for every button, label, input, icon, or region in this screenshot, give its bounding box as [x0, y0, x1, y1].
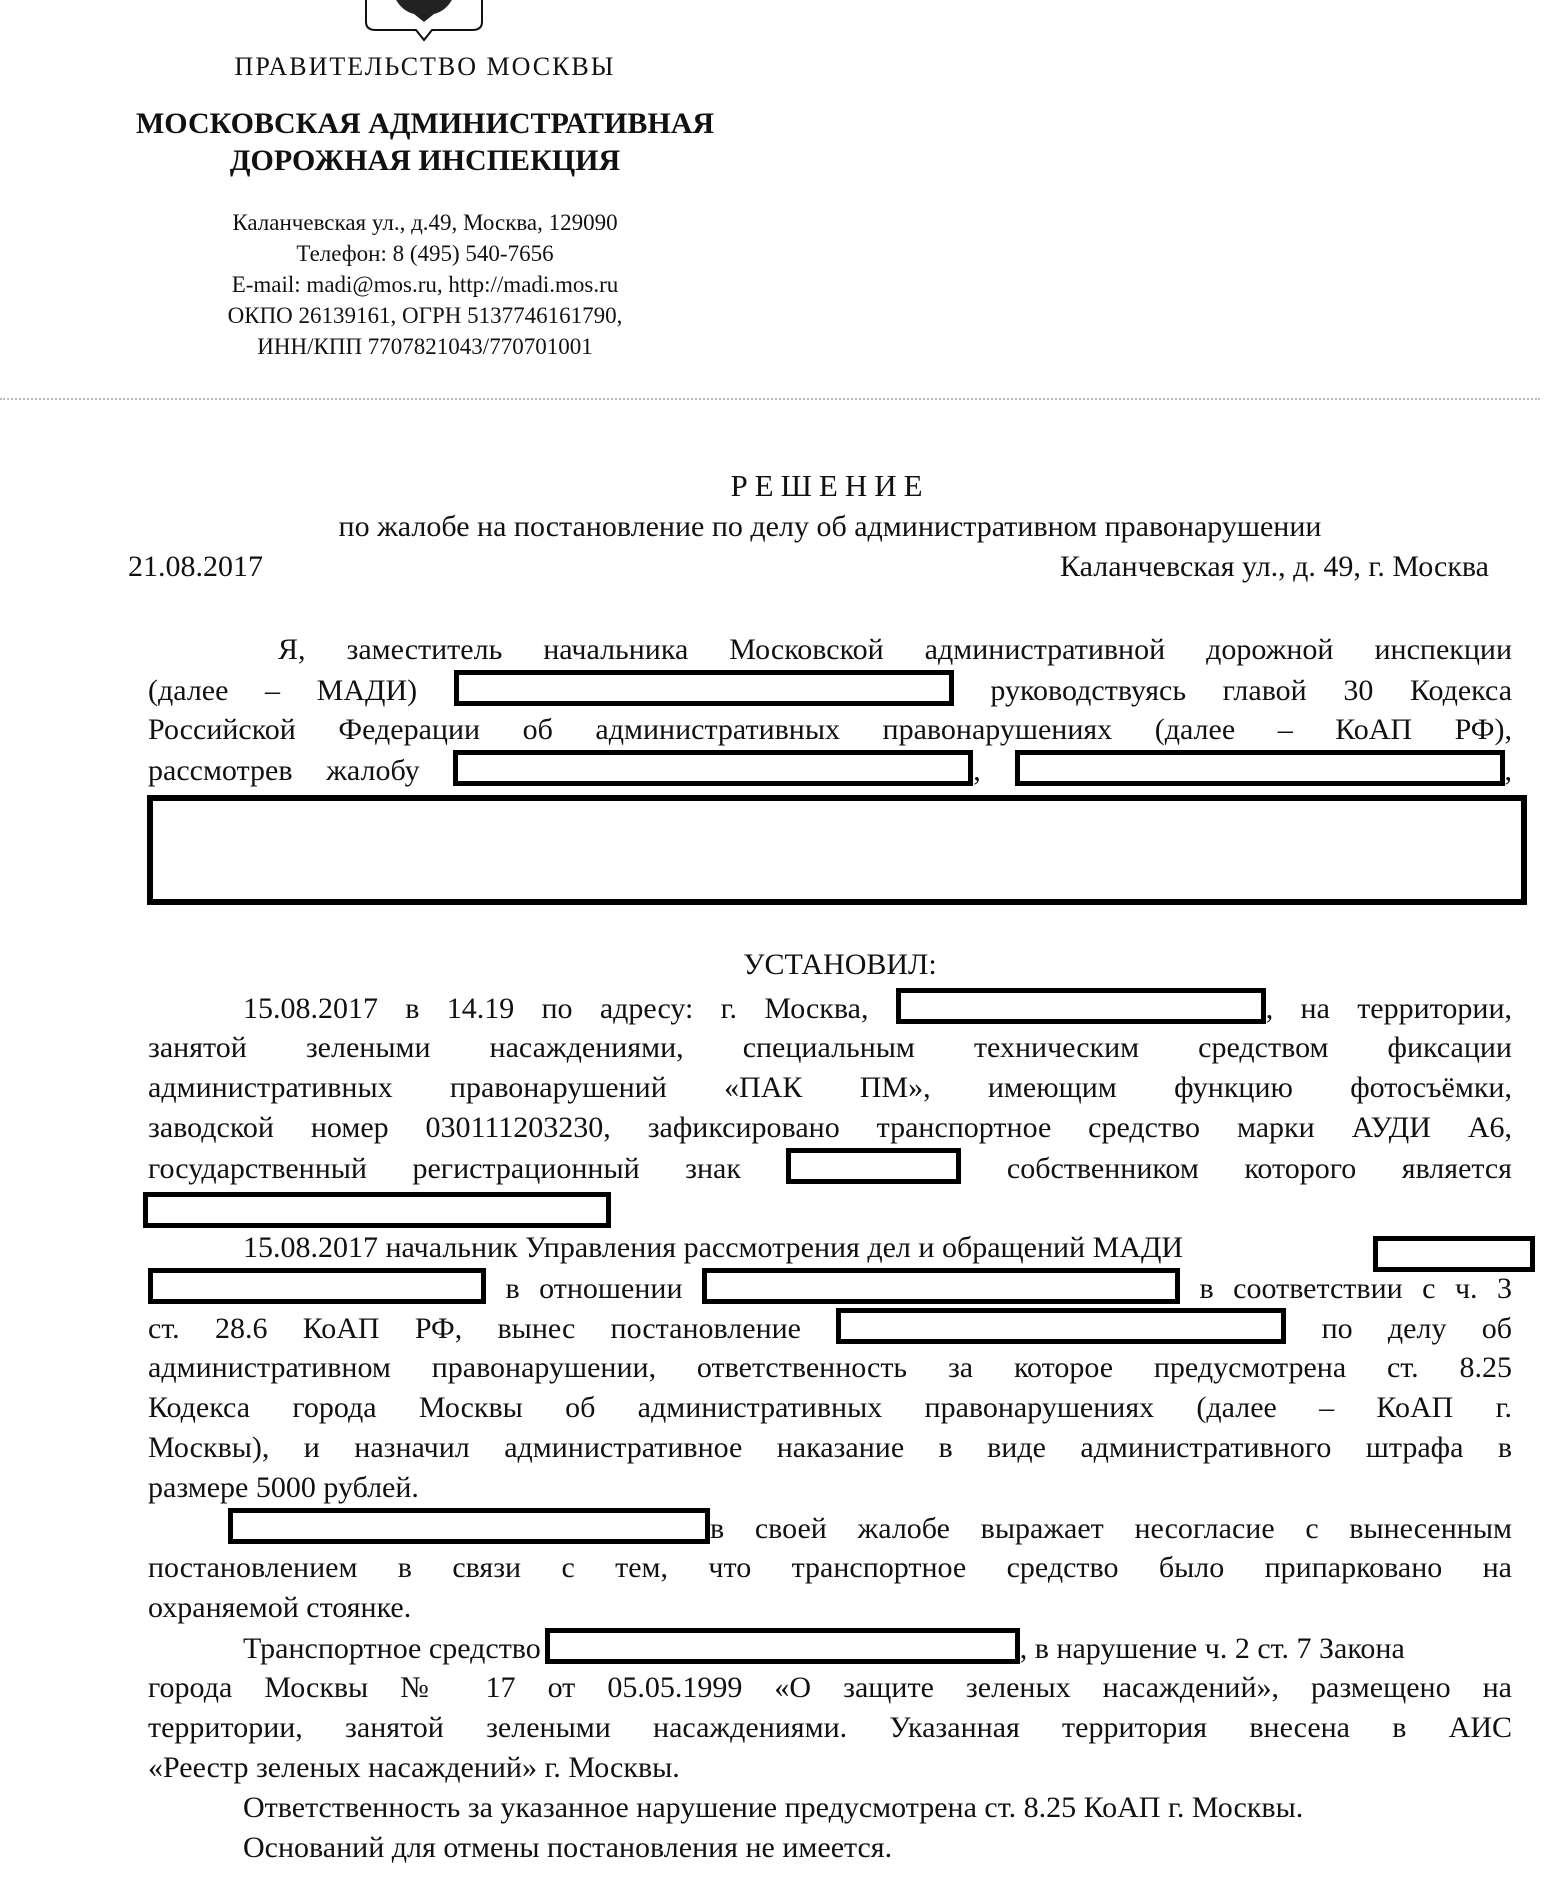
redacted-official-name [148, 1268, 486, 1304]
p2-line-3: ст. 28.6 КоАП РФ, вынес постановление по… [148, 1308, 1512, 1349]
text: ст. 28.6 КоАП РФ, вынес постановление [148, 1312, 801, 1345]
redacted-complainant-name [228, 1508, 710, 1544]
p2-line-4: административном правонарушении, ответст… [148, 1348, 1512, 1388]
redacted-plate [786, 1148, 961, 1184]
p5-line: Ответственность за указанное нарушение п… [148, 1788, 1512, 1828]
text: , на территории, [1266, 992, 1512, 1025]
section-heading-established: УСТАНОВИЛ: [0, 948, 1558, 982]
text: (далее – МАДИ) [148, 674, 417, 707]
p1-line-5: государственный регистрационный знак соб… [148, 1148, 1512, 1189]
redacted-block [147, 795, 1527, 905]
p2-line-5: Кодекса города Москвы об административны… [148, 1388, 1512, 1428]
p4-line-3: территории, занятой зелеными насаждениям… [148, 1708, 1512, 1748]
text: , [973, 754, 981, 787]
document-subtitle: по жалобе на постановление по делу об ад… [0, 510, 1558, 544]
redacted-owner [143, 1192, 611, 1228]
p2-line-1: 15.08.2017 начальник Управления рассмотр… [148, 1228, 1512, 1268]
p4-line-2: города Москвы № 17 от 05.05.1999 «О защи… [148, 1668, 1512, 1708]
redacted-ruling-number [836, 1308, 1286, 1344]
p3-line-1: в своей жалобе выражает несогласие с вын… [148, 1508, 1512, 1549]
p3-line-3: охраняемой стоянке. [148, 1588, 1512, 1628]
org-contacts: Каланчевская ул., д.49, Москва, 129090 Т… [100, 207, 750, 362]
document-title: РЕШЕНИЕ [0, 468, 1558, 504]
p4-line-4: «Реестр зеленых насаждений» г. Москвы. [148, 1748, 1512, 1788]
p6-line: Оснований для отмены постановления не им… [148, 1828, 1512, 1868]
text: , в нарушение ч. 2 ст. 7 Закона [1020, 1632, 1405, 1665]
org-line-1: МОСКОВСКАЯ АДМИНИСТРАТИВНАЯ [80, 105, 770, 142]
p1-line-2: занятой зелеными насаждениями, специальн… [148, 1028, 1512, 1068]
text: рассмотрев жалобу [148, 754, 420, 787]
text: руководствуясь главой 30 Кодекса [990, 674, 1512, 707]
redacted-person [702, 1268, 1180, 1304]
text: Транспортное средство [243, 1632, 541, 1665]
p1-line-1: 15.08.2017 в 14.19 по адресу: г. Москва,… [148, 988, 1512, 1029]
document-date: 21.08.2017 [128, 550, 263, 584]
org-line-2: ДОРОЖНАЯ ИНСПЕКЦИЯ [80, 142, 770, 179]
moscow-coat-of-arms-icon [362, 0, 486, 42]
redacted-complainant [453, 750, 973, 786]
org-address: Каланчевская ул., д.49, Москва, 129090 [100, 207, 750, 238]
redacted-vehicle [545, 1628, 1020, 1664]
p2-line-2: в отношении в соответствии с ч. 3 [148, 1268, 1512, 1309]
p1-line-3: административных правонарушений «ПАК ПМ»… [148, 1068, 1512, 1108]
org-phone: Телефон: 8 (495) 540-7656 [100, 238, 750, 269]
p4-line-1: Транспортное средство, в нарушение ч. 2 … [148, 1628, 1512, 1669]
organization-name: МОСКОВСКАЯ АДМИНИСТРАТИВНАЯ ДОРОЖНАЯ ИНС… [80, 105, 770, 179]
redacted-address [1015, 750, 1505, 786]
org-email: E-mail: madi@mos.ru, http://madi.mos.ru [100, 269, 750, 300]
p2-line-6: Москвы), и назначил административное нак… [148, 1428, 1512, 1468]
document-place: Каланчевская ул., д. 49, г. Москва [1060, 550, 1489, 584]
intro-line-4: рассмотрев жалобу , , [148, 750, 1512, 791]
redacted-name [454, 670, 954, 706]
text: в отношении [506, 1272, 683, 1305]
text: собственником которого является [1007, 1152, 1512, 1185]
header-divider [0, 398, 1540, 400]
p2-line-7: размере 5000 рублей. [148, 1468, 1512, 1508]
text: в своей жалобе выражает несогласие с вын… [710, 1512, 1512, 1545]
redacted-official [1373, 1236, 1535, 1272]
intro-line-2: (далее – МАДИ) руководствуясь главой 30 … [148, 670, 1512, 711]
text: 15.08.2017 в 14.19 по адресу: г. Москва, [243, 992, 868, 1025]
text: , [1505, 754, 1513, 787]
text: по делу об [1322, 1312, 1512, 1345]
text: 15.08.2017 начальник Управления рассмотр… [243, 1231, 1183, 1264]
text: государственный регистрационный знак [148, 1152, 741, 1185]
government-name: ПРАВИТЕЛЬСТВО МОСКВЫ [100, 52, 750, 82]
redacted-location [896, 988, 1266, 1024]
org-okpo: ОКПО 26139161, ОГРН 5137746161790, [100, 300, 750, 331]
intro-line-3: Российской Федерации об административных… [148, 710, 1512, 750]
p1-line-4: заводской номер 030111203230, зафиксиров… [148, 1108, 1512, 1148]
p3-line-2: постановлением в связи с тем, что трансп… [148, 1548, 1512, 1588]
org-inn: ИНН/КПП 7707821043/770701001 [100, 331, 750, 362]
intro-line-1: Я, заместитель начальника Московской адм… [148, 630, 1512, 670]
text: в соответствии с ч. 3 [1200, 1272, 1513, 1305]
